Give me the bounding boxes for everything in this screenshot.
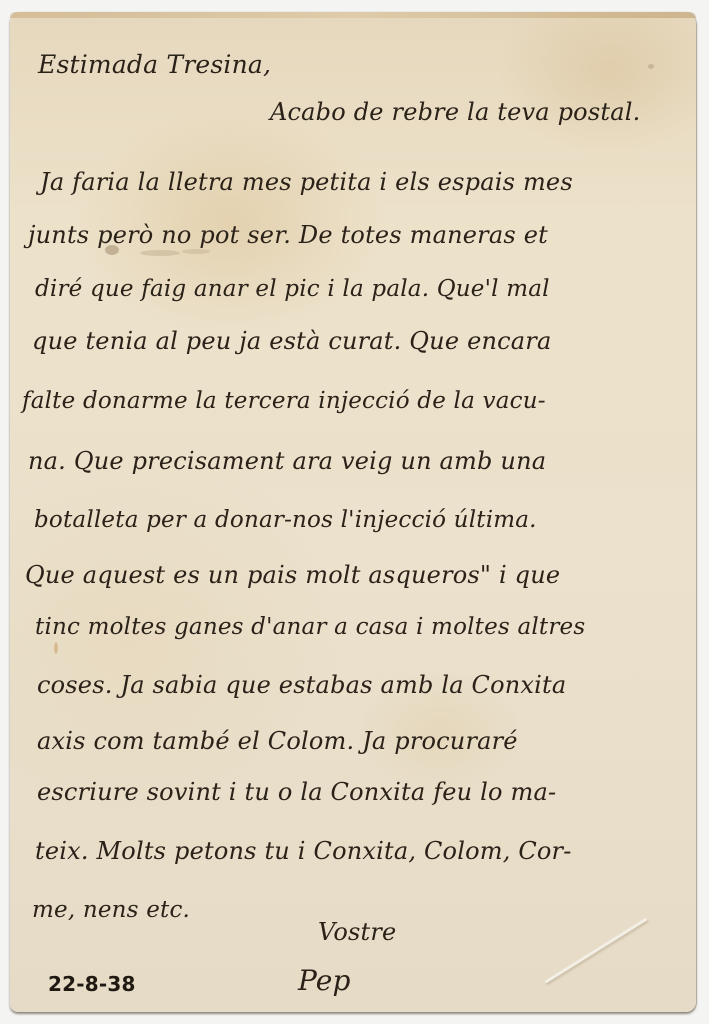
ink-stain [182,249,210,254]
ink-stain [140,250,180,256]
greeting: Estimada Tresina, [38,50,271,79]
body-line-8: Que aquest es un pais molt asqueros" i q… [25,561,560,589]
body-line-7: botalleta per a donar-nos l'injecció últ… [34,507,537,533]
body-line-11: axis com també el Colom. Ja procuraré [37,727,518,755]
body-line-3: diré que faig anar el pic i la pala. Que… [35,276,550,302]
opening-line: Acabo de rebre la teva postal. [270,98,640,126]
body-line-6: na. Que precisament ara veig un amb una [28,447,546,475]
body-line-1: Ja faria la lletra mes petita i els espa… [40,168,573,196]
body-line-10: coses. Ja sabia que estabas amb la Conxi… [37,671,566,699]
age-spot [648,64,654,69]
body-line-2: junts però no pot ser. De totes maneras … [28,221,548,249]
signature: Pep [298,964,351,997]
body-line-4: que tenia al peu ja està curat. Que enca… [32,327,551,355]
age-spot [54,642,58,654]
body-line-14: me, nens etc. [32,897,190,923]
body-line-12: escriure sovint i tu o la Conxita feu lo… [37,778,556,806]
date: 22-8-38 [48,972,136,996]
body-line-13: teix. Molts petons tu i Conxita, Colom, … [35,837,572,865]
body-line-5: falte donarme la tercera injecció de la … [22,388,546,414]
body-line-9: tinc moltes ganes d'anar a casa i moltes… [35,614,585,640]
closing: Vostre [318,918,396,946]
